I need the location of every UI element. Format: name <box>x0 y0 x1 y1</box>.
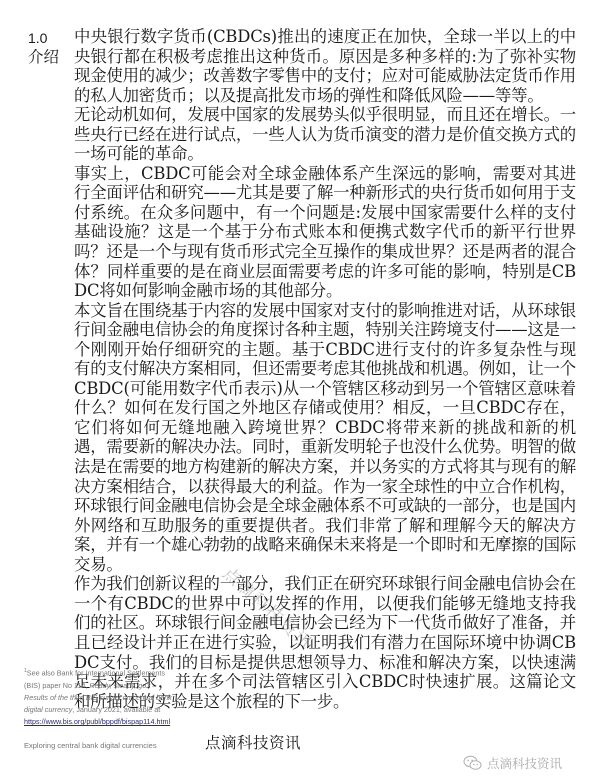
paragraph: 本文旨在围绕基于内容的发展中国家对支付的影响推进对话，从环球银行间金融电信协会的… <box>74 301 576 575</box>
footnote: 1See also Bank for International Settlem… <box>24 665 174 728</box>
running-footer: Exploring central bank digital currencie… <box>24 741 157 750</box>
wechat-watermark-label: 点滴科技资讯 <box>487 754 562 772</box>
paragraph: 中央银行数字货币(CBDCs)推出的速度正在加快，全球一半以上的中央银行都在积极… <box>74 27 576 105</box>
wechat-watermark: 点滴科技资讯 <box>463 754 562 772</box>
section-heading: 1.0 介绍 <box>28 29 59 67</box>
section-title: 介绍 <box>28 48 59 67</box>
paragraph: 事实上，CBDC可能会对全球金融体系产生深远的影响，需要对其进行全面评估和研究—… <box>74 164 576 301</box>
section-number: 1.0 <box>28 29 59 48</box>
paragraph: 无论动机如何，发展中国家的发展势头似乎很明显，而且还在增长。一些央行已经在进行试… <box>74 105 576 164</box>
footnote-text-after: , January 2021, available at <box>72 705 160 714</box>
body-text: 中央银行数字货币(CBDCs)推出的速度正在加快，全球一半以上的中央银行都在积极… <box>74 27 576 711</box>
brand-caption: 点滴科技资讯 <box>205 731 301 753</box>
wechat-icon <box>463 755 483 771</box>
footnote-link[interactable]: https://www.bis.org/publ/bppdf/bispap114… <box>24 717 170 726</box>
